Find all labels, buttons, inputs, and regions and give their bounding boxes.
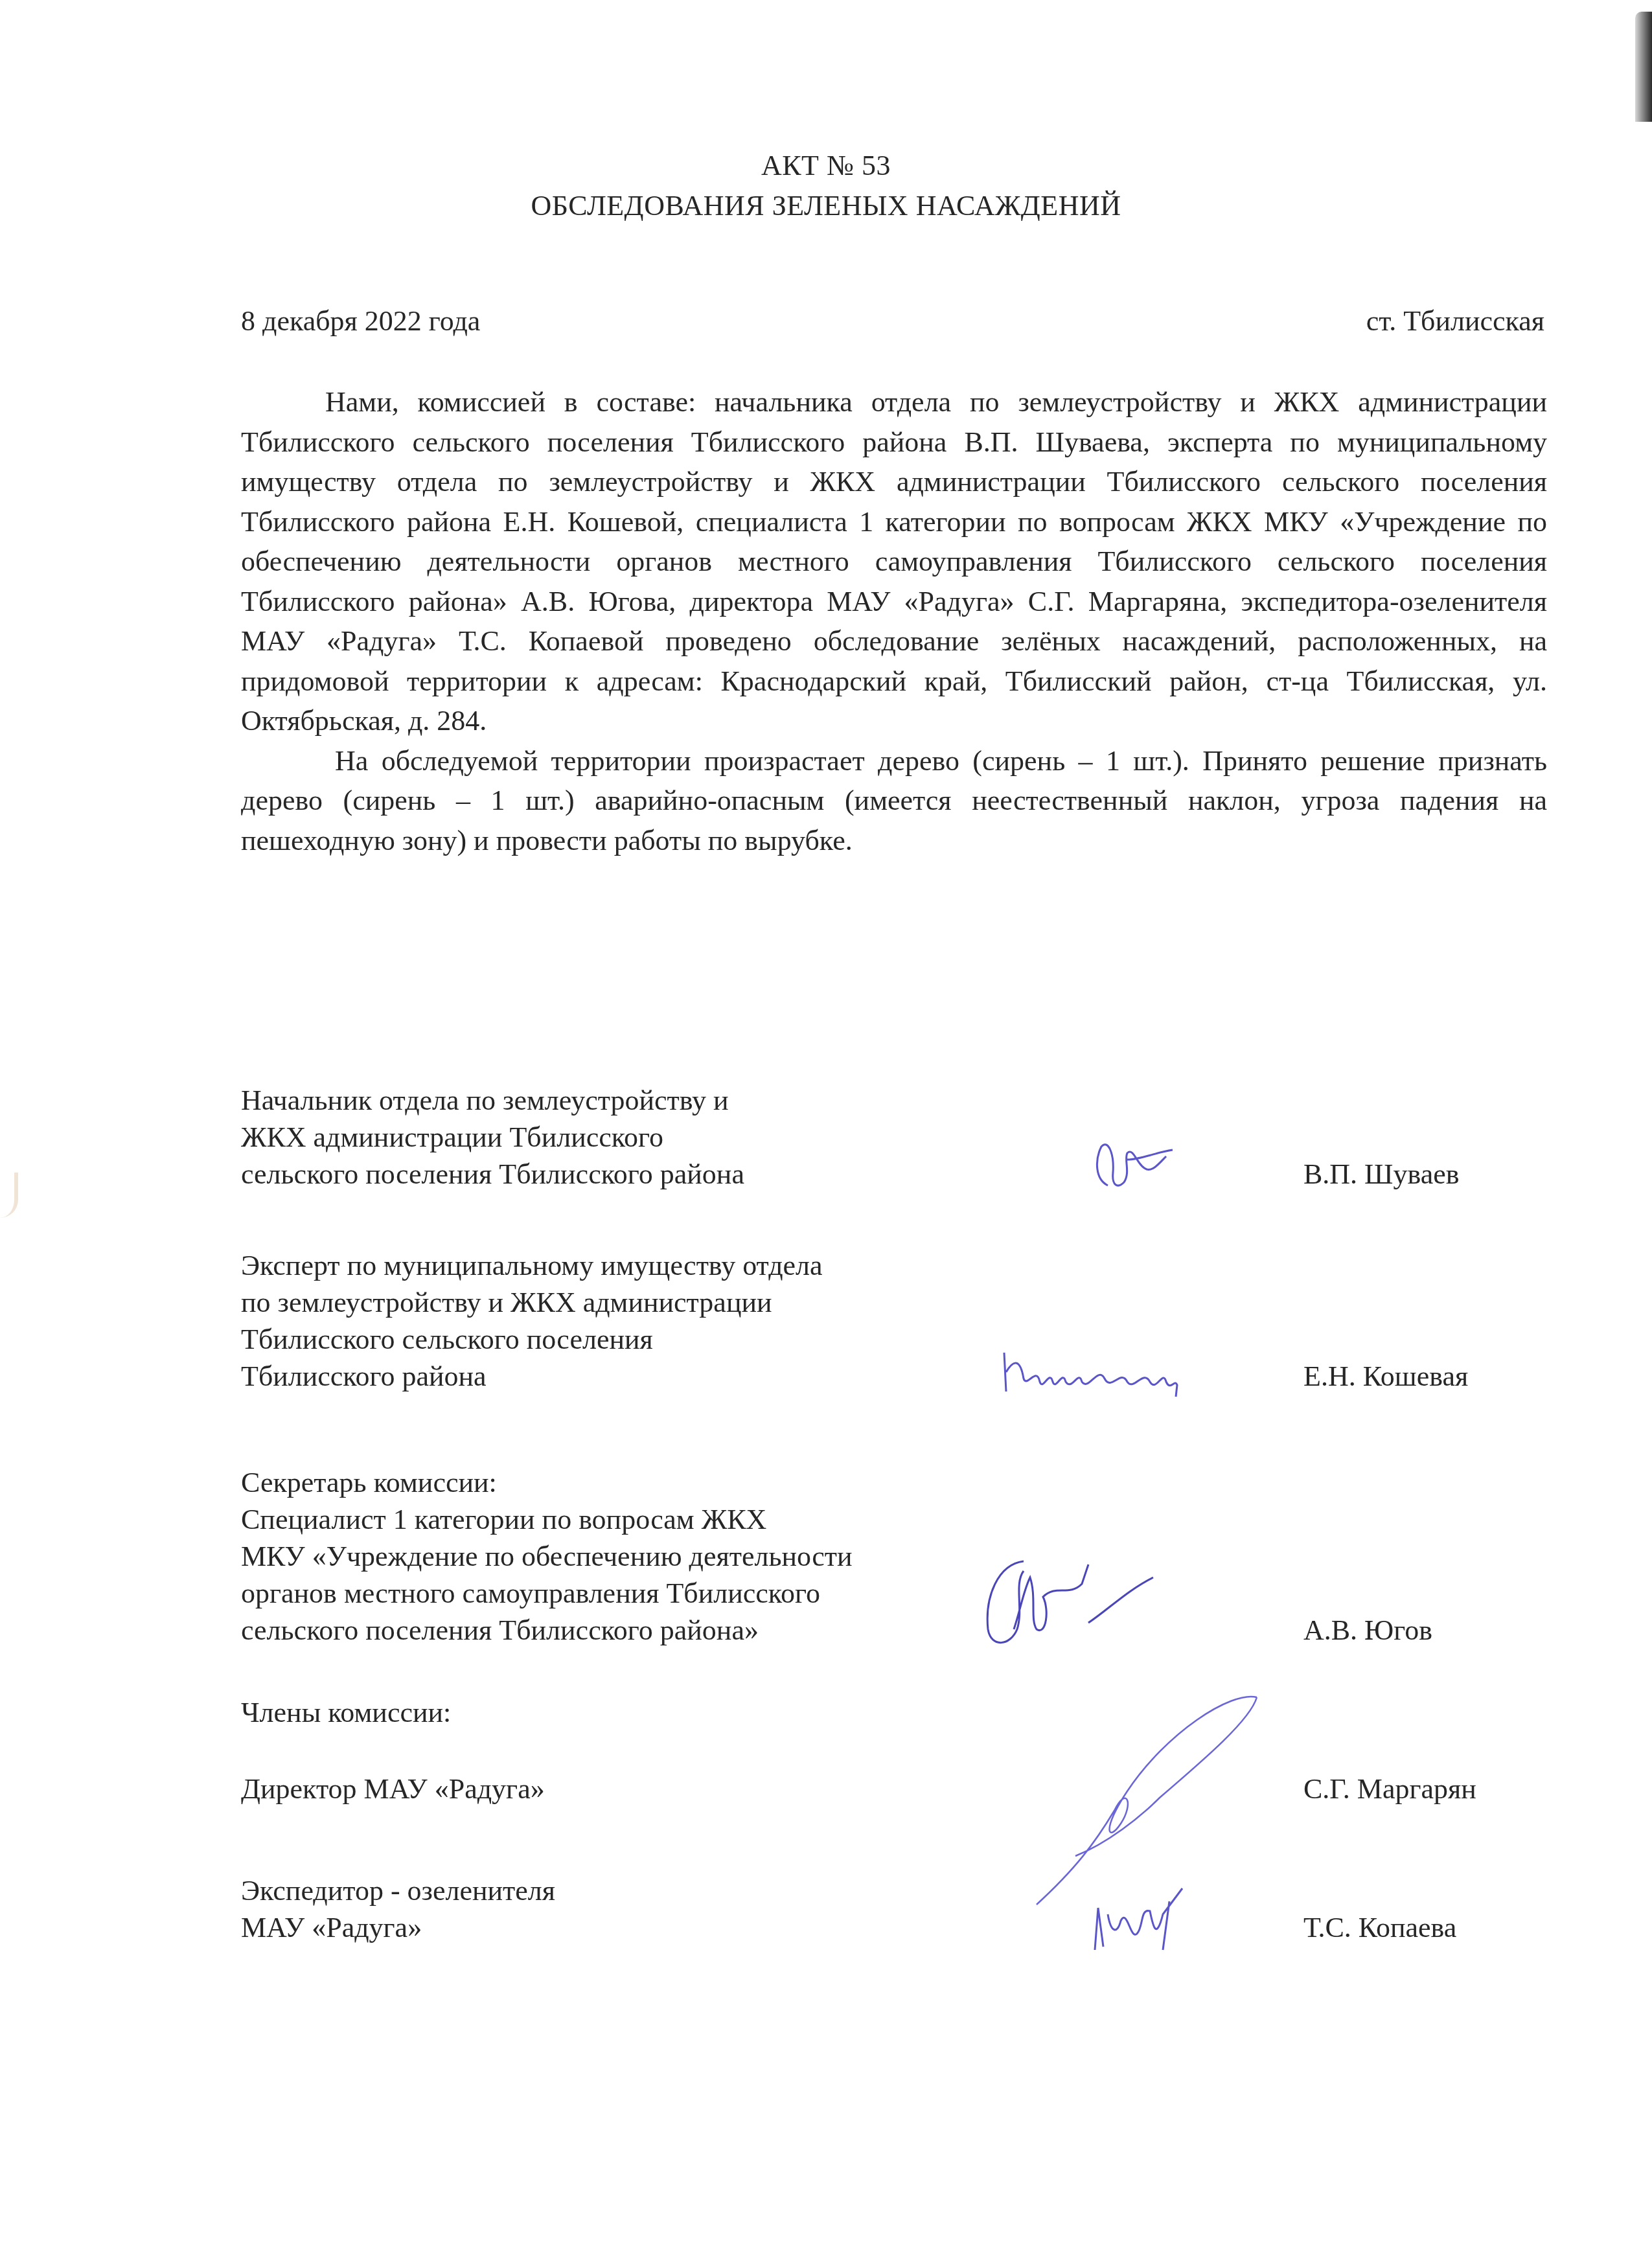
signatory-margaryan: Директор МАУ «Радуга» С.Г. Маргарян (241, 1770, 1601, 1807)
members-label: Члены комиссии: (241, 1694, 1601, 1731)
signatory-name: Т.С. Копаева (1303, 1909, 1456, 1946)
act-date: 8 декабря 2022 года (241, 304, 480, 338)
signature-yugov-icon (985, 1558, 1173, 1652)
act-number: АКТ № 53 (0, 146, 1652, 186)
signatory-name: В.П. Шуваев (1303, 1156, 1460, 1193)
signatory-kopaeva: Экспедитор - озеленителя МАУ «Радуга» Т.… (241, 1872, 1601, 1946)
document-title: АКТ № 53 ОБСЛЕДОВАНИЯ ЗЕЛЕНЫХ НАСАЖДЕНИЙ (0, 146, 1652, 226)
signatory-shuvaev: Начальник отдела по землеустройству и ЖК… (241, 1082, 1601, 1193)
act-body: Нами, комиссией в составе: начальника от… (241, 382, 1547, 860)
signatory-name: А.В. Югов (1303, 1612, 1432, 1649)
signatory-yugov: Секретарь комиссии: Специалист 1 категор… (241, 1464, 1601, 1649)
signatory-kosheva: Эксперт по муниципальному имуществу отде… (241, 1247, 1601, 1395)
scan-edge-mark (0, 1173, 18, 1218)
signature-shuvaev-icon (1088, 1140, 1192, 1195)
paragraph-commission: Нами, комиссией в составе: начальника от… (241, 382, 1547, 741)
signature-kopaeva-icon (1092, 1888, 1189, 1956)
act-place: ст. Тбилисская (1366, 304, 1544, 338)
signatory-name: С.Г. Маргарян (1303, 1770, 1476, 1807)
paragraph-decision: На обследуемой территории произрастает д… (241, 741, 1547, 861)
signatory-name: Е.Н. Кошевая (1303, 1358, 1468, 1395)
signature-kosheva-icon (1001, 1346, 1189, 1401)
act-subject: ОБСЛЕДОВАНИЯ ЗЕЛЕНЫХ НАСАЖДЕНИЙ (0, 186, 1652, 226)
scan-edge-shadow (1635, 12, 1652, 122)
members-header: Члены комиссии: (241, 1694, 1601, 1731)
